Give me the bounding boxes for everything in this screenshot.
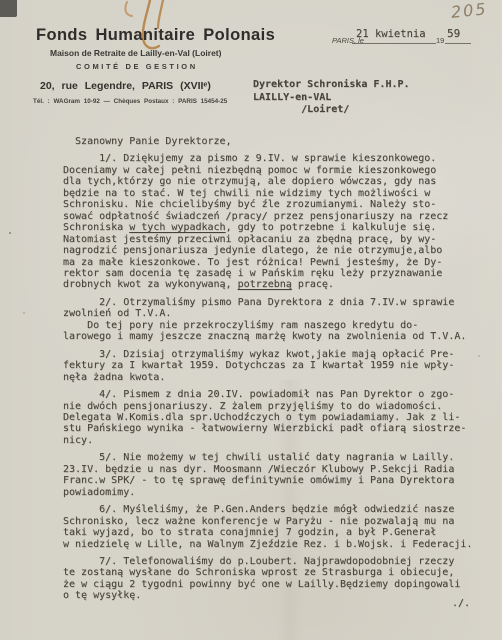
recipient-block: Dyrektor Schroniska F.H.P. LAILLY-en-VAL… [253, 79, 410, 117]
paper-speck [9, 232, 11, 234]
dateline-year-rule [445, 43, 471, 44]
continuation-mark: ./. [452, 598, 470, 609]
org-committee: COMITÉ DE GESTION [76, 62, 198, 71]
paragraph: 4/. Pismem z dnia 20.IV. powiadomił nas … [63, 389, 472, 446]
handwritten-page-number: 205 [450, 0, 488, 22]
org-contact-line: Tél. : WAGram 10-92 — Chèques Postaux : … [33, 98, 227, 105]
paper-speck [23, 312, 25, 314]
typed-date: 21 kwietnia [356, 28, 426, 40]
dateline-rule [352, 43, 436, 44]
paragraph: 7/. Telefonowaliśmy do p.Loubert. Najpra… [63, 556, 472, 602]
org-name: Fonds Humanitaire Polonais [36, 26, 275, 45]
letter-body: Szanowny Panie Dyrektorze, 1/. Dziękujem… [63, 136, 472, 608]
letter-page: 205 Fonds Humanitaire Polonais Maison de… [0, 0, 502, 640]
dateline-century: 19 [436, 36, 444, 45]
org-subtitle: Maison de Retraite de Lailly-en-Val (Loi… [50, 48, 221, 58]
paragraph: 2/. Otrzymaliśmy pismo Pana Dyrektora z … [63, 297, 472, 343]
paragraph: 6/. Myśleliśmy, że P.Gen.Anders będzie m… [63, 504, 472, 550]
scan-corner-artifact [0, 0, 17, 17]
salutation: Szanowny Panie Dyrektorze, [63, 136, 472, 147]
paragraph: 3/. Dzisiaj otrzymaliśmy wykaz kwot,jaki… [63, 349, 472, 383]
paragraph: 5/. Nie możemy w tej chwili ustalić daty… [63, 452, 472, 498]
typed-year: 59 [447, 27, 460, 40]
paper-speck [478, 355, 480, 357]
org-address: 20, rue Legendre, PARIS (XVIIᵉ) [40, 80, 211, 92]
paragraph: 1/. Dziękujemy za pismo z 9.IV. w sprawi… [63, 153, 472, 290]
